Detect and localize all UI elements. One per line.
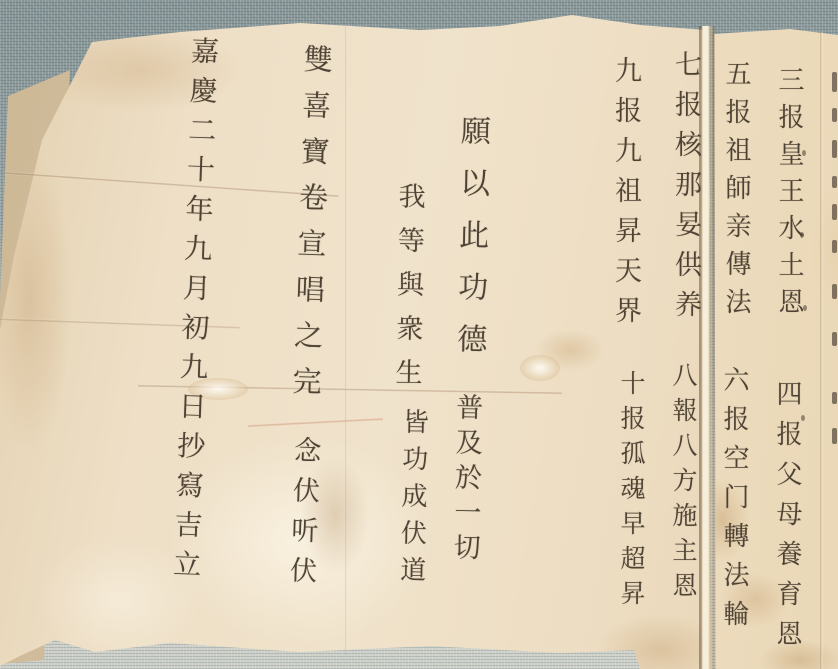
column-verse-1a: 願以此功德 bbox=[453, 115, 488, 375]
vertical-crease bbox=[820, 32, 823, 669]
column-bao-6: 六报空门轉法輪 bbox=[721, 366, 747, 639]
column-bao-7: 七报核那妟供养 bbox=[672, 50, 699, 330]
column-bao-9: 九报九祖昇天界 bbox=[612, 56, 639, 336]
column-bao-10: 十报孤魂早超昇 bbox=[619, 370, 644, 615]
clipped-column-fragment bbox=[832, 108, 837, 122]
clipped-column-fragment bbox=[832, 72, 837, 92]
column-verse-1b: 普及於一切 bbox=[450, 393, 480, 568]
column-verse-2b: 皆功成伏道 bbox=[397, 408, 426, 593]
column-bao-5: 五报祖師亲傳法 bbox=[723, 60, 749, 326]
clipped-column-fragment bbox=[832, 176, 837, 188]
center-fold bbox=[699, 26, 715, 669]
clipped-column-fragment bbox=[832, 428, 837, 444]
column-verse-2a: 我等與衆生 bbox=[392, 182, 423, 402]
clipped-column-fragment bbox=[832, 204, 837, 220]
clipped-column-fragment bbox=[832, 140, 837, 158]
column-bao-8: 八報八方施主恩 bbox=[671, 362, 696, 607]
clipped-column-fragment bbox=[832, 332, 837, 346]
clipped-column-fragment bbox=[832, 392, 837, 404]
tear-mark bbox=[520, 355, 560, 381]
manuscript-photo: 嘉慶二十年九月初九日抄寫吉立 雙喜寶卷宣唱之完 念伏听伏 我等與衆生 皆功成伏道… bbox=[0, 0, 838, 669]
clipped-column-fragment bbox=[832, 284, 837, 299]
column-bao-3: 三报皇王水土恩 bbox=[776, 66, 802, 325]
column-bao-4: 四报父母養育恩 bbox=[774, 380, 800, 660]
column-chant: 念伏听伏 bbox=[286, 436, 319, 597]
clipped-column-fragment bbox=[832, 240, 837, 253]
